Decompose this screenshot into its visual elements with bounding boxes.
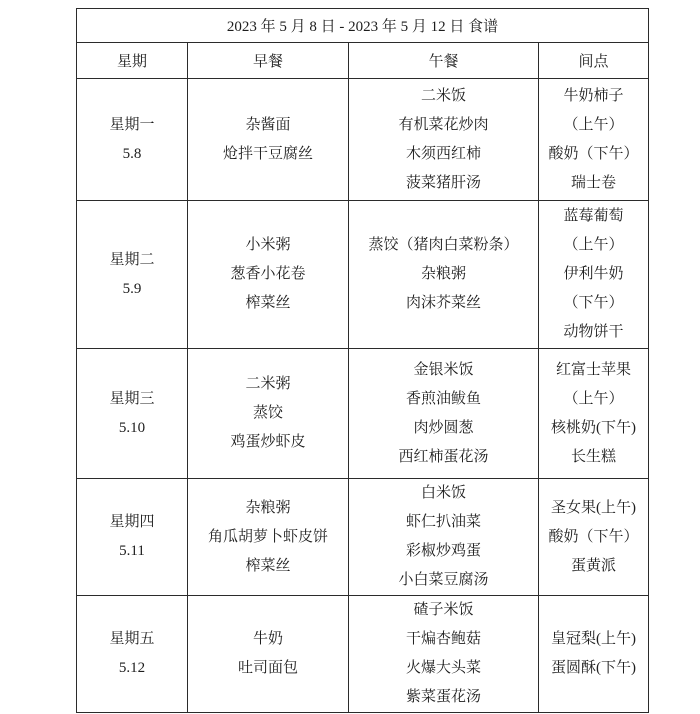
menu-line: 蒸饺（猪肉白菜粉条） [349,231,538,260]
menu-line: 酸奶（下午） [539,523,648,552]
menu-line: 有机菜花炒肉 [349,111,538,140]
snack-cell: 圣女果(上午) 酸奶（下午） 蛋黄派 [539,479,649,596]
menu-line: 吐司面包 [188,654,348,683]
menu-line: 角瓜胡萝卜虾皮饼 [188,523,348,552]
menu-line: （上午） [539,385,648,414]
menu-line: 榨菜丝 [188,289,348,318]
day-cell: 星期一 5.8 [77,79,188,201]
menu-line: 牛奶柿子 [539,82,648,111]
day-date: 5.11 [77,537,187,566]
breakfast-cell: 二米粥 蒸饺 鸡蛋炒虾皮 [188,349,349,479]
menu-line: 小白菜豆腐汤 [349,566,538,595]
header-row: 星期 早餐 午餐 间点 [77,43,649,79]
menu-line: 杂酱面 [188,111,348,140]
menu-line: 彩椒炒鸡蛋 [349,537,538,566]
snack-cell: 蓝莓葡萄 （上午） 伊利牛奶 （下午） 动物饼干 [539,201,649,349]
table-row-monday: 星期一 5.8 杂酱面 炝拌干豆腐丝 二米饭 有机菜花炒肉 木须西红柿 菠菜猪肝… [77,79,649,201]
menu-line: 伊利牛奶 [539,260,648,289]
snack-cell: 皇冠梨(上午) 蛋圆酥(下午) [539,596,649,713]
lunch-cell: 金银米饭 香煎油鲅鱼 肉炒圆葱 西红柿蛋花汤 [349,349,539,479]
menu-line: 酸奶（下午） [539,140,648,169]
col-header-breakfast: 早餐 [188,43,349,79]
day-label: 星期四 [77,508,187,537]
menu-line: 圣女果(上午) [539,494,648,523]
menu-line: 牛奶 [188,625,348,654]
menu-line: 长生糕 [539,443,648,472]
menu-line: 杂粮粥 [349,260,538,289]
table-row-thursday: 星期四 5.11 杂粮粥 角瓜胡萝卜虾皮饼 榨菜丝 白米饭 虾仁扒油菜 彩椒炒鸡… [77,479,649,596]
menu-line: 动物饼干 [539,318,648,347]
table-row-tuesday: 星期二 5.9 小米粥 葱香小花卷 榨菜丝 蒸饺（猪肉白菜粉条） 杂粮粥 肉沫芥… [77,201,649,349]
menu-line: 香煎油鲅鱼 [349,385,538,414]
menu-line: 小米粥 [188,231,348,260]
title-row: 2023 年 5 月 8 日 - 2023 年 5 月 12 日 食谱 [77,9,649,43]
table-title: 2023 年 5 月 8 日 - 2023 年 5 月 12 日 食谱 [77,9,649,43]
menu-line: （上午） [539,231,648,260]
snack-cell: 牛奶柿子 （上午） 酸奶（下午） 瑞士卷 [539,79,649,201]
table-row-friday: 星期五 5.12 牛奶 吐司面包 碴子米饭 干煸杏鲍菇 火爆大头菜 紫菜蛋花汤 … [77,596,649,713]
menu-line: 木须西红柿 [349,140,538,169]
day-label: 星期二 [77,246,187,275]
menu-line: 蛋黄派 [539,552,648,581]
day-cell: 星期四 5.11 [77,479,188,596]
menu-line: 核桃奶(下午) [539,414,648,443]
menu-line: 二米饭 [349,82,538,111]
col-header-day: 星期 [77,43,188,79]
menu-line: 皇冠梨(上午) [539,625,648,654]
menu-line: 蛋圆酥(下午) [539,654,648,683]
day-date: 5.12 [77,654,187,683]
menu-line: 红富士苹果 [539,356,648,385]
breakfast-cell: 牛奶 吐司面包 [188,596,349,713]
day-date: 5.10 [77,414,187,443]
col-header-lunch: 午餐 [349,43,539,79]
menu-line: 蓝莓葡萄 [539,202,648,231]
menu-table: 2023 年 5 月 8 日 - 2023 年 5 月 12 日 食谱 星期 早… [76,8,649,713]
lunch-cell: 白米饭 虾仁扒油菜 彩椒炒鸡蛋 小白菜豆腐汤 [349,479,539,596]
col-header-snack: 间点 [539,43,649,79]
day-cell: 星期三 5.10 [77,349,188,479]
menu-line: 火爆大头菜 [349,654,538,683]
day-cell: 星期五 5.12 [77,596,188,713]
day-cell: 星期二 5.9 [77,201,188,349]
lunch-cell: 碴子米饭 干煸杏鲍菇 火爆大头菜 紫菜蛋花汤 [349,596,539,713]
menu-line: 白米饭 [349,479,538,508]
day-label: 星期一 [77,111,187,140]
menu-line: 菠菜猪肝汤 [349,169,538,198]
menu-line: 干煸杏鲍菇 [349,625,538,654]
day-date: 5.9 [77,275,187,304]
menu-line: 肉沫芥菜丝 [349,289,538,318]
menu-line: 西红柿蛋花汤 [349,443,538,472]
menu-line: 肉炒圆葱 [349,414,538,443]
menu-line: （下午） [539,289,648,318]
table-row-wednesday: 星期三 5.10 二米粥 蒸饺 鸡蛋炒虾皮 金银米饭 香煎油鲅鱼 肉炒圆葱 西红… [77,349,649,479]
document-page: 2023 年 5 月 8 日 - 2023 年 5 月 12 日 食谱 星期 早… [0,0,700,714]
day-date: 5.8 [77,140,187,169]
menu-line: 瑞士卷 [539,169,648,198]
menu-line: 虾仁扒油菜 [349,508,538,537]
lunch-cell: 蒸饺（猪肉白菜粉条） 杂粮粥 肉沫芥菜丝 [349,201,539,349]
menu-line: 蒸饺 [188,399,348,428]
menu-line: 碴子米饭 [349,596,538,625]
breakfast-cell: 杂酱面 炝拌干豆腐丝 [188,79,349,201]
menu-line: 二米粥 [188,370,348,399]
menu-line: 葱香小花卷 [188,260,348,289]
menu-line: 金银米饭 [349,356,538,385]
breakfast-cell: 小米粥 葱香小花卷 榨菜丝 [188,201,349,349]
menu-line: 鸡蛋炒虾皮 [188,428,348,457]
menu-line: （上午） [539,111,648,140]
breakfast-cell: 杂粮粥 角瓜胡萝卜虾皮饼 榨菜丝 [188,479,349,596]
day-label: 星期五 [77,625,187,654]
menu-line: 杂粮粥 [188,494,348,523]
menu-line: 榨菜丝 [188,552,348,581]
lunch-cell: 二米饭 有机菜花炒肉 木须西红柿 菠菜猪肝汤 [349,79,539,201]
snack-cell: 红富士苹果 （上午） 核桃奶(下午) 长生糕 [539,349,649,479]
menu-line: 紫菜蛋花汤 [349,683,538,712]
menu-line: 炝拌干豆腐丝 [188,140,348,169]
day-label: 星期三 [77,385,187,414]
